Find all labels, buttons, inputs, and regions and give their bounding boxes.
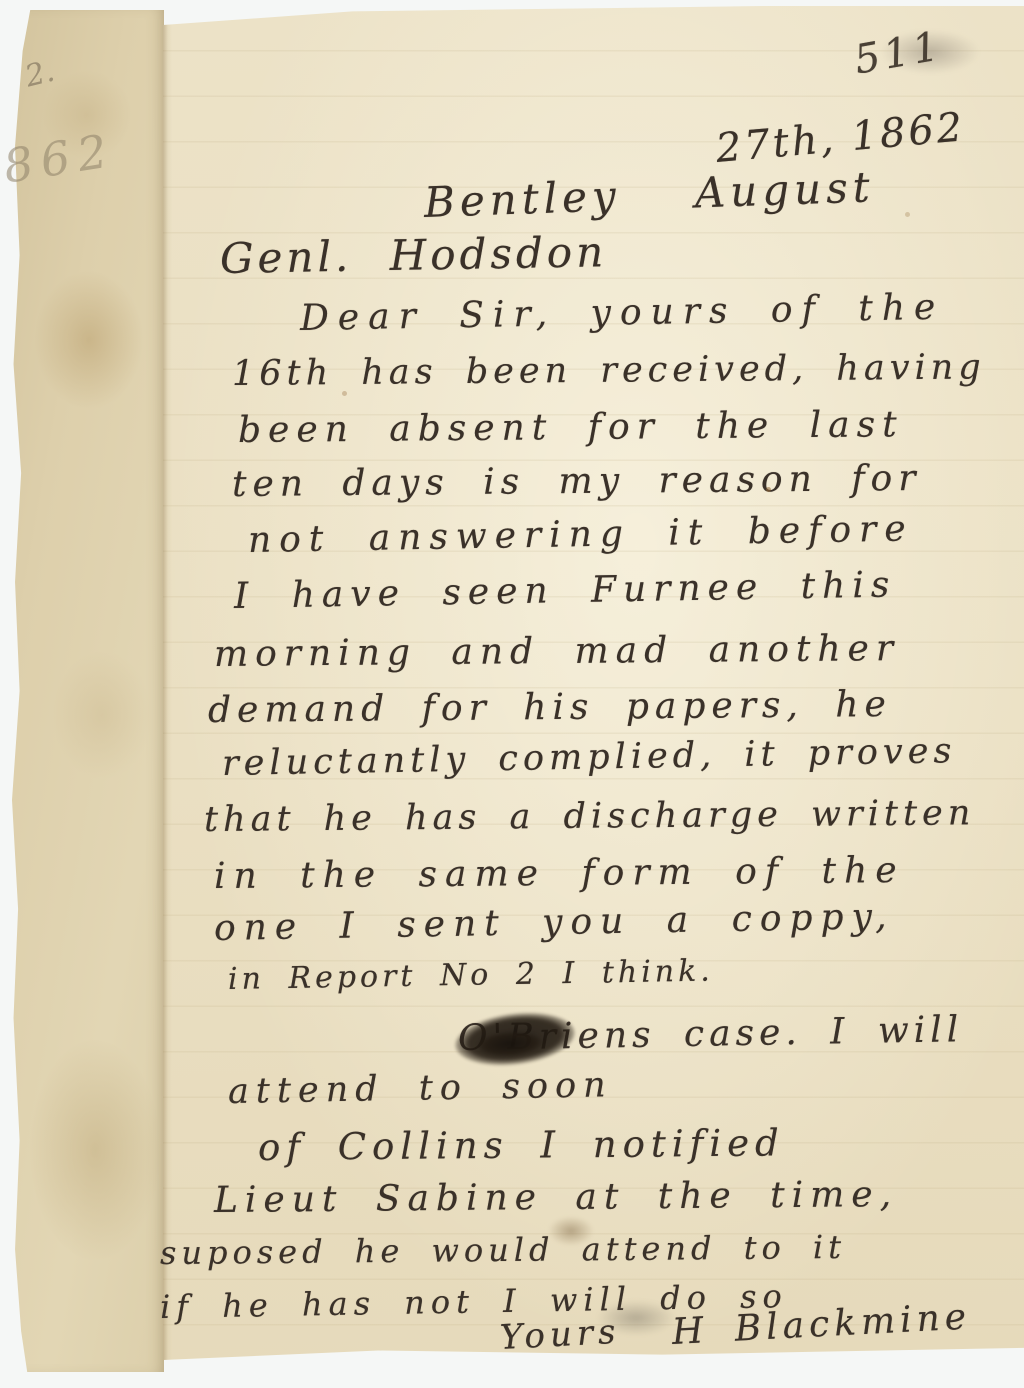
fold-crease (163, 6, 172, 1360)
handwriting-line: Lieut Sabine at the time, (214, 1174, 898, 1221)
handwriting-line: in the same form of the (214, 850, 905, 897)
handwriting-line: suposed he would attend to it (160, 1228, 846, 1272)
handwriting-line: 16th has been received, having (232, 347, 986, 394)
handwriting-line: been absent for the last (238, 404, 904, 451)
paper-speck (905, 212, 910, 217)
handwriting-line: that he has a discharge written (204, 793, 976, 840)
paper-stain (30, 1040, 160, 1260)
paper-stain (34, 270, 144, 410)
paper-stain (52, 650, 152, 780)
handwriting-line: demand for his papers, he (208, 684, 892, 731)
handwriting-line: ten days is my reason for (232, 458, 922, 505)
handwriting-line: attend to soon (228, 1065, 613, 1112)
paper-speck (342, 391, 347, 396)
handwriting-line: morning and mad another (214, 628, 900, 675)
scanned-letter-photo: 2. 862 511 27th, 1862 Bentley August Gen… (0, 0, 1024, 1388)
paper-speck (766, 487, 771, 492)
salutation-line: Genl. Hodsdon (220, 227, 608, 283)
handwriting-line: of Collins I notified (258, 1121, 785, 1169)
closing-word: Yours (499, 1312, 621, 1358)
torn-page-stub (12, 10, 164, 1372)
